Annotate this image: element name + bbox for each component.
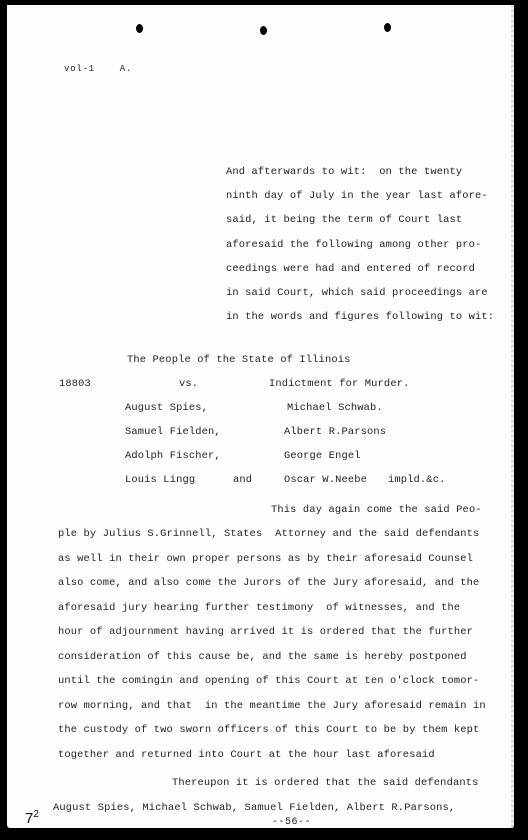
body-line: row morning, and that in the meantime th… (58, 700, 486, 712)
intro-line: said, it being the term of Court last (226, 214, 462, 226)
defendant-name: Samuel Fielden, (125, 426, 221, 438)
punch-hole-right (384, 23, 391, 32)
body-line: until the comingin and opening of this C… (58, 675, 479, 687)
intro-line: aforesaid the following among other pro- (226, 239, 481, 251)
defendant-name: August Spies, (125, 402, 208, 414)
intro-line: ceedings were had and entered of record (226, 263, 475, 275)
margin-number-sup: 2 (33, 809, 39, 820)
body-line: together and returned into Court at the … (58, 749, 435, 761)
caption-title: The People of the State of Illinois (127, 354, 351, 366)
intro-line: in the words and figures following to wi… (226, 311, 494, 323)
intro-line: And afterwards to wit: on the twenty (226, 166, 462, 178)
body-line: ple by Julius S.Grinnell, States Attorne… (58, 528, 479, 540)
defendant-name: Adolph Fischer, (125, 450, 221, 462)
defendant-name: Louis Lingg (125, 474, 195, 486)
caption-versus: vs. (179, 378, 198, 390)
caption-conjunction: and (233, 474, 252, 486)
defendant-name: Michael Schwab. (287, 402, 383, 414)
volume-reference: vol-1 A. (64, 63, 132, 75)
intro-line: ninth day of July in the year last afore… (226, 190, 488, 202)
margin-page-number: 72 (25, 809, 39, 827)
page-number: --56-- (272, 817, 311, 829)
closing-line: Thereupon it is ordered that the said de… (172, 777, 479, 789)
defendant-name: Albert R.Parsons (284, 426, 386, 438)
body-line: consideration of this cause be, and the … (58, 651, 467, 663)
body-line: also come, and also come the Jurors of t… (58, 577, 479, 589)
defendant-name: Oscar W.Neebe (284, 474, 367, 486)
body-line: the custody of two sworn officers of thi… (58, 724, 479, 736)
page-edge-shadow (511, 5, 514, 828)
document-page: vol-1 A. And afterwards to wit: on the t… (7, 5, 514, 828)
punch-hole-left (136, 24, 143, 33)
case-number: 18803 (59, 378, 91, 390)
defendant-name: George Engel (284, 450, 361, 462)
caption-suffix: impld.&c. (388, 474, 445, 486)
body-line: aforesaid jury hearing further testimony… (58, 602, 460, 614)
intro-line: in said Court, which said proceedings ar… (226, 287, 488, 299)
body-line: This day again come the said Peo- (271, 504, 482, 516)
closing-line: August Spies, Michael Schwab, Samuel Fie… (53, 802, 455, 814)
caption-charge: Indictment for Murder. (269, 378, 409, 390)
punch-hole-center (260, 26, 267, 35)
body-line: hour of adjournment having arrived it is… (58, 626, 473, 638)
body-line: as well in their own proper persons as b… (58, 553, 473, 565)
